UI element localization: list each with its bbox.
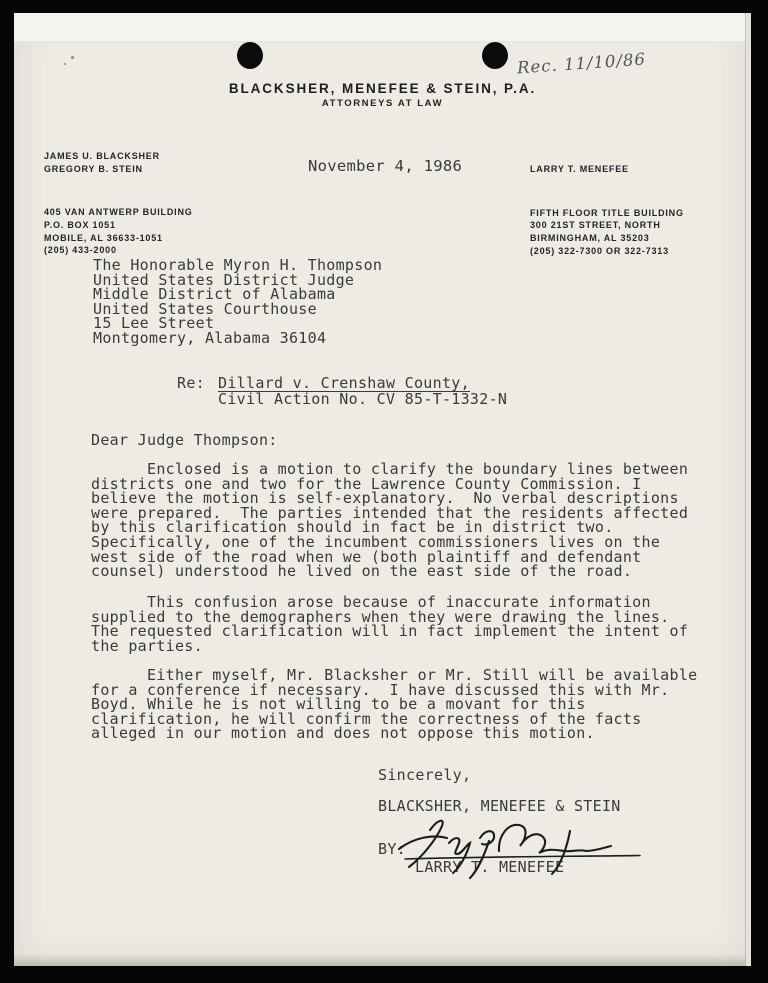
body-paragraph-2: This confusion arose because of inaccura… <box>91 595 688 653</box>
page-top-edge <box>14 13 751 42</box>
page-right-edge <box>746 13 751 966</box>
scan-speck <box>64 63 66 65</box>
document-page: Rec. 11/10/86 BLACKSHER, MENEFEE & STEIN… <box>14 13 751 966</box>
letter-date: November 4, 1986 <box>308 159 462 174</box>
recipient-address: The Honorable Myron H. Thompson United S… <box>93 258 382 346</box>
attorney-names-left: JAMES U. BLACKSHER GREGORY B. STEIN <box>44 150 193 175</box>
received-date-note: Rec. 11/10/86 <box>516 50 646 78</box>
body-paragraph-1: Enclosed is a motion to clarify the boun… <box>91 462 688 579</box>
letterhead-right-block: LARRY T. MENEFEE FIFTH FLOOR TITLE BUILD… <box>530 138 684 283</box>
re-block: Dillard v. Crenshaw County, Civil Action… <box>218 376 507 406</box>
signature-underline <box>405 856 640 860</box>
firm-address-left: 405 VAN ANTWERP BUILDING P.O. BOX 1051 M… <box>44 206 193 257</box>
signature-scrawl <box>392 810 642 882</box>
attorney-names-right: LARRY T. MENEFEE <box>530 163 684 176</box>
re-case-number: Civil Action No. CV 85-T-1332-N <box>218 390 507 408</box>
scanned-letter-frame: Rec. 11/10/86 BLACKSHER, MENEFEE & STEIN… <box>0 0 768 983</box>
punch-hole-left <box>237 42 263 69</box>
punch-hole-right <box>482 42 508 69</box>
re-label: Re: <box>177 376 205 391</box>
firm-address-right: FIFTH FLOOR TITLE BUILDING 300 21ST STRE… <box>530 207 684 258</box>
page-bottom-shadow <box>14 954 751 966</box>
salutation: Dear Judge Thompson: <box>91 433 278 448</box>
closing-sincerely: Sincerely, <box>378 768 471 783</box>
letterhead-tagline: ATTORNEYS AT LAW <box>14 98 751 109</box>
letterhead-firm-name: BLACKSHER, MENEFEE & STEIN, P.A. <box>14 81 751 96</box>
scan-speck <box>71 56 74 59</box>
body-paragraph-3: Either myself, Mr. Blacksher or Mr. Stil… <box>91 668 698 741</box>
